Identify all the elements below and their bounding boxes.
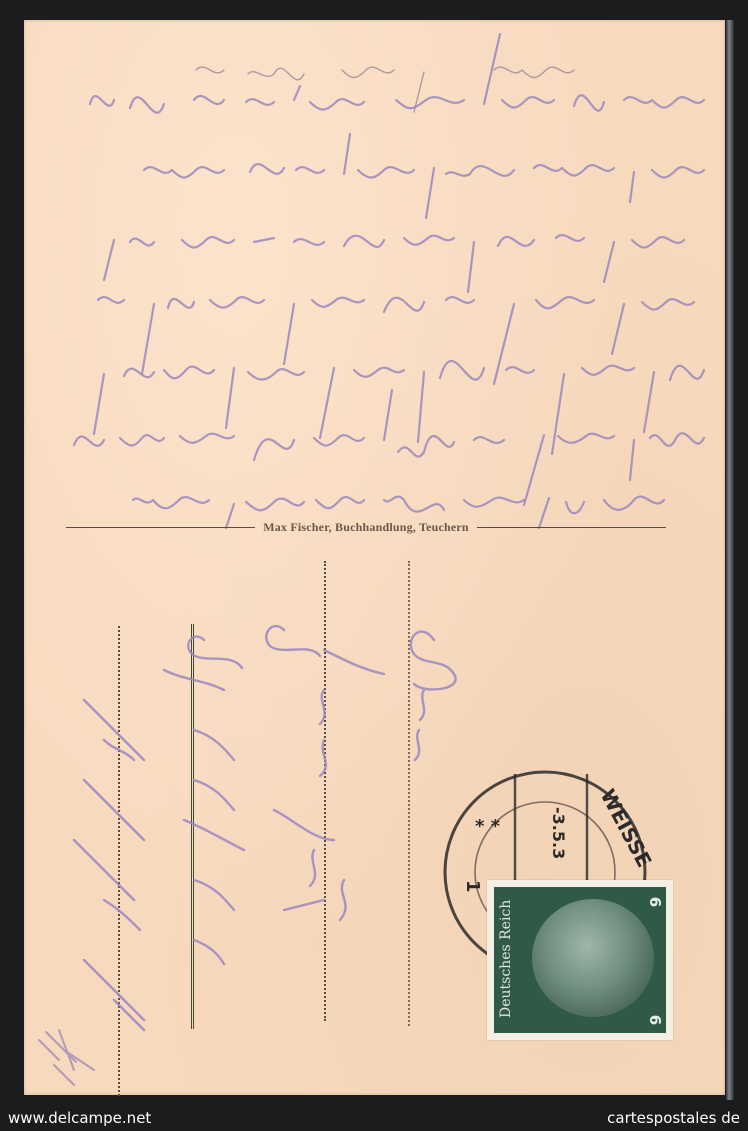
postcard-back: Max Fischer, Buchhandlung, Teuchern -3.5…	[24, 20, 725, 1095]
address-line-2	[191, 624, 194, 1029]
watermark-right: cartespostales de	[607, 1109, 740, 1127]
postage-stamp: Deutsches Reich 6 6	[487, 880, 673, 1040]
stamp-portrait	[532, 899, 654, 1017]
stamp-value-bottom: 6	[646, 1015, 664, 1025]
postmark-office: 1	[462, 880, 483, 893]
publisher-imprint: Max Fischer, Buchhandlung, Teuchern	[66, 517, 666, 537]
imprint-rule-left	[66, 527, 255, 528]
postmark-town: WEISSE	[596, 785, 657, 871]
handwritten-message	[24, 20, 725, 540]
address-line-3	[324, 561, 326, 1021]
publisher-text: Max Fischer, Buchhandlung, Teuchern	[263, 520, 469, 535]
stamp-design: Deutsches Reich 6 6	[494, 887, 666, 1033]
scan-edge-strip	[726, 20, 734, 1100]
address-line-4	[408, 561, 410, 1026]
stamp-country: Deutsches Reich	[498, 889, 518, 1029]
postmark-stars: * *	[475, 816, 501, 837]
stamp-value-top: 6	[646, 897, 664, 907]
imprint-rule-right	[477, 527, 666, 528]
postmark-date: -3.5.3	[549, 807, 568, 859]
pencil-note	[34, 1020, 104, 1090]
address-line-1	[118, 626, 120, 1096]
watermark-left: www.delcampe.net	[8, 1109, 151, 1127]
